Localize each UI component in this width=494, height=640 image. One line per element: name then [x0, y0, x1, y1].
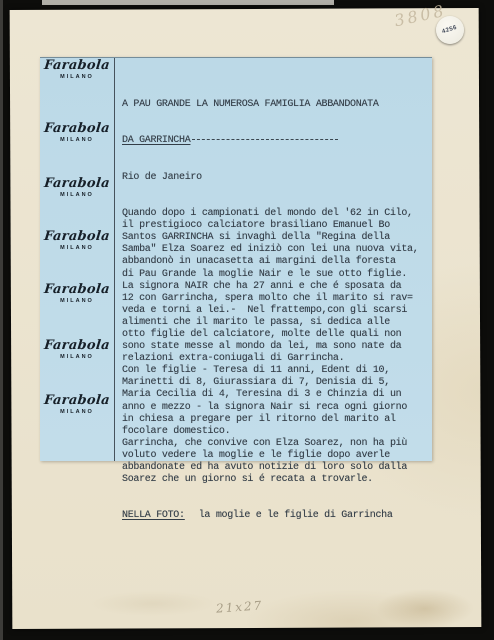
typed-line: Maria Cecilia di 4, Teresina di 3 e Chin…: [122, 389, 430, 401]
typed-line: 12 con Garrincha, spera molto che il mar…: [122, 293, 430, 305]
caption-paper: Farabola MILANO Farabola MILANO Farabola…: [40, 57, 432, 461]
photo-edge-left: [0, 0, 3, 640]
typed-line: Garrincha, che convive con Elza Soarez, …: [122, 438, 430, 450]
caption-title-line1: A PAU GRANDE LA NUMEROSA FAMIGLIA ABBAND…: [122, 99, 430, 111]
typed-line: Samba" Elza Soarez ed iniziò con lei una…: [122, 244, 430, 256]
farabola-stamp: Farabola MILANO: [40, 393, 114, 415]
typed-line: sono state messe al mondo da lei, ma son…: [122, 341, 430, 353]
typed-line: in chiesa a pregare per il ritorno del m…: [122, 414, 430, 426]
agency-logo-text: Farabola: [39, 121, 115, 136]
typed-line: abbandonate ed ha avuto notizie di loro …: [122, 462, 430, 474]
caption-body: Quando dopo i campionati del mondo del '…: [122, 208, 430, 486]
typed-line: Quando dopo i campionati del mondo del '…: [122, 208, 430, 220]
agency-logo-text: Farabola: [39, 338, 115, 353]
typed-line: veda e torni a lei.- Nel frattempo,con g…: [122, 305, 430, 317]
typed-line: voluto vedere la moglie e le figlie dopo…: [122, 450, 430, 462]
underline-filler: [192, 138, 338, 140]
typewritten-caption: A PAU GRANDE LA NUMEROSA FAMIGLIA ABBAND…: [122, 75, 430, 547]
photo-edge-top: [42, 0, 334, 5]
typed-line: abbandonò in unacasetta ai margini della…: [122, 256, 430, 268]
divider-line: [114, 58, 115, 461]
photo-caption-text: la moglie e le figlie di Garrincha: [185, 510, 393, 521]
farabola-stamp: Farabola MILANO: [40, 229, 114, 251]
stamp-city-label: MILANO: [40, 354, 114, 360]
sticker-number: 4256: [442, 25, 458, 35]
agency-logo-text: Farabola: [39, 282, 115, 297]
stamp-city-label: MILANO: [40, 74, 114, 80]
typed-line: Santos GARRINCHA si invaghì della "Regin…: [122, 232, 430, 244]
typed-line: alimenti che il marito le passa, si dedi…: [122, 317, 430, 329]
farabola-stamp: Farabola MILANO: [40, 176, 114, 198]
stamp-city-label: MILANO: [40, 137, 114, 143]
agency-logo-text: Farabola: [39, 393, 115, 408]
caption-title-line2: DA GARRINCHA: [122, 135, 430, 147]
typed-line: relazioni extra-coniugali di Garrincha.: [122, 353, 430, 365]
agency-logo-text: Farabola: [39, 229, 115, 244]
typed-line: La signora NAIR che ha 27 anni e che é s…: [122, 281, 430, 293]
photo-caption-line: NELLA FOTO:la moglie e le figlie di Garr…: [122, 510, 430, 522]
typed-line: focolare domestico.: [122, 426, 430, 438]
typed-line: Soarez che un giorno si é recata a trova…: [122, 474, 430, 486]
stamp-city-label: MILANO: [40, 409, 114, 415]
stamp-city-label: MILANO: [40, 298, 114, 304]
photo-caption-label: NELLA FOTO:: [122, 510, 185, 521]
agency-logo-text: Farabola: [39, 176, 115, 191]
typed-line: di Pau Grande la moglie Nair e le sue ot…: [122, 269, 430, 281]
stamp-city-label: MILANO: [40, 192, 114, 198]
farabola-stamp: Farabola MILANO: [40, 282, 114, 304]
typed-line: otto figlie del calciatore, molte delle …: [122, 329, 430, 341]
farabola-stamp: Farabola MILANO: [40, 338, 114, 360]
typed-line: Con le figlie - Teresa di 11 anni, Edent…: [122, 365, 430, 377]
farabola-stamp: Farabola MILANO: [40, 58, 114, 80]
stamp-city-label: MILANO: [40, 245, 114, 251]
dateline: Rio de Janeiro: [122, 172, 430, 184]
agency-logo-text: Farabola: [39, 58, 115, 73]
typed-line: il prestigioco calciatore brasiliano Ema…: [122, 220, 430, 232]
typed-line: Marinetti di 8, Giurassiara di 7, Denisi…: [122, 377, 430, 389]
typed-line: anno e mezzo - la signora Nair si reca o…: [122, 402, 430, 414]
archive-sticker: 4256: [436, 16, 464, 44]
farabola-stamp: Farabola MILANO: [40, 121, 114, 143]
